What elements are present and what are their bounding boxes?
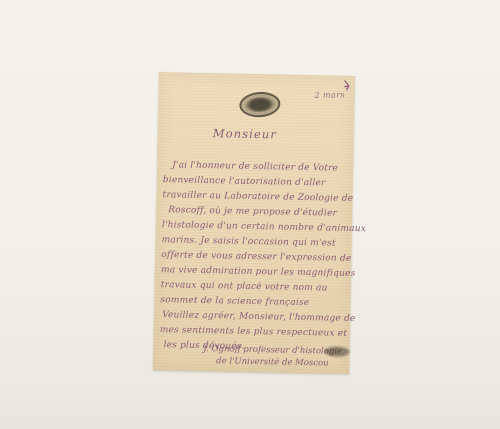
ink-smudge [324,346,349,356]
letter-body: J'ai l'honneur de solliciter de Votre bi… [159,158,367,357]
scanned-letter-page: 2 mars Monsieur J'ai l'honneur de sollic… [0,0,500,429]
signature-line: J. Ognoff professeur d'histologie [203,344,342,357]
salutation: Monsieur [213,126,277,141]
oval-stamp-icon [239,91,282,119]
letter-paper: 2 mars Monsieur J'ai l'honneur de sollic… [153,72,355,374]
letter-date: 2 mars [315,90,345,99]
pen-mark-icon [343,80,351,92]
signature-line: de l'Université de Moscou [216,356,329,368]
